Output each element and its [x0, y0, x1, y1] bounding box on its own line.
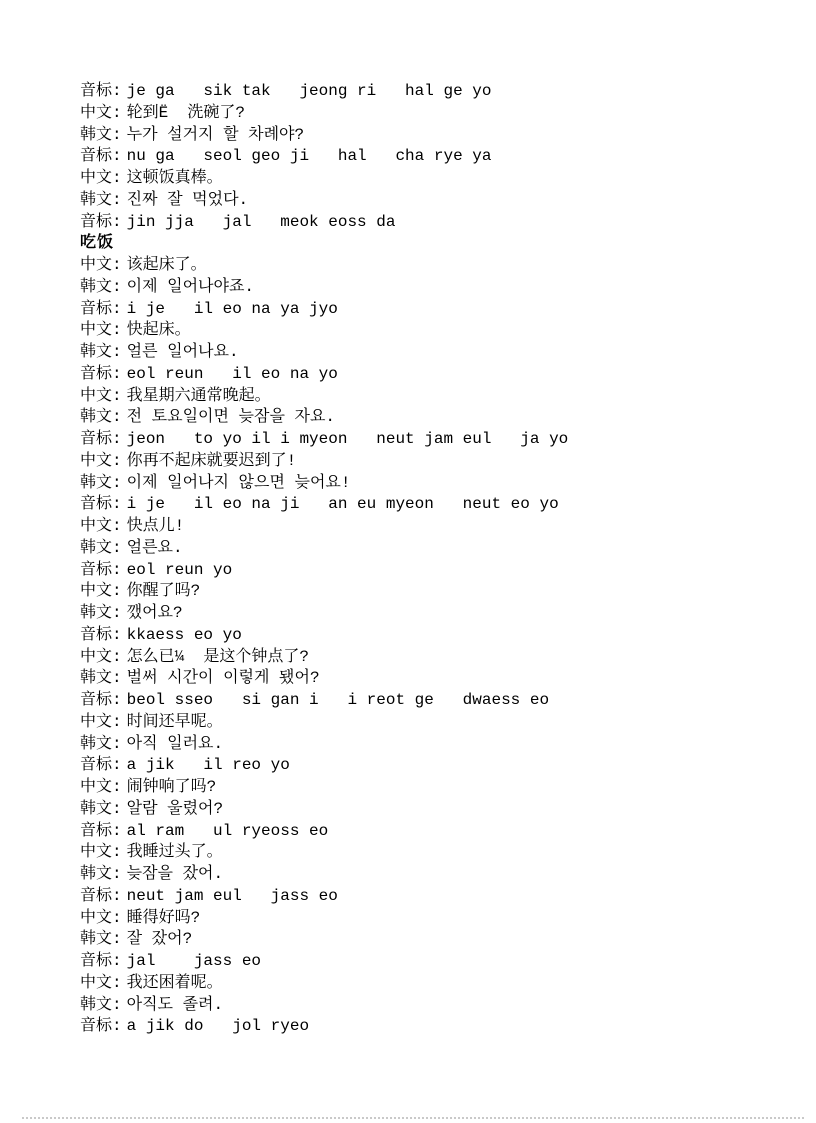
phrase-line: 中文:我还困着呢。 [80, 973, 780, 995]
phrase-line: 韩文:알람 울렸어? [80, 799, 780, 821]
phrase-line: 音标:eol reun yo [80, 560, 780, 582]
line-text: 전 토요일이면 늦잠을 자요. [127, 408, 335, 426]
phrase-line: 中文:你再不起床就要迟到了! [80, 451, 780, 473]
phrase-line: 韩文:전 토요일이면 늦잠을 자요. [80, 407, 780, 429]
line-text: kkaess eo yo [127, 626, 242, 644]
page-break-divider [22, 1117, 804, 1119]
phrase-line: 中文:快起床。 [80, 320, 780, 342]
line-text: 이제 일어나지 않으면 늦어요! [127, 474, 351, 492]
phrase-line: 音标:jeon to yo il i myeon neut jam eul ja… [80, 429, 780, 451]
line-text: 진짜 잘 먹었다. [127, 191, 249, 209]
phrase-line: 音标:a jik do jol ryeo [80, 1016, 780, 1038]
line-label: 中文: [80, 713, 122, 731]
phrase-line: 音标:i je il eo na ya jyo [80, 299, 780, 321]
line-text: 该起床了。 [127, 256, 207, 274]
line-label: 音标: [80, 561, 122, 579]
line-text: 얼른요. [127, 539, 183, 557]
section-heading: 吃饭 [80, 233, 780, 255]
line-text: 你再不起床就要迟到了! [127, 452, 297, 470]
line-text: je ga sik tak jeong ri hal ge yo [127, 82, 492, 100]
line-label: 音标: [80, 365, 122, 383]
line-text: 时间还早呢。 [127, 713, 223, 731]
phrase-line: 韩文:이제 일어나지 않으면 늦어요! [80, 473, 780, 495]
phrase-line: 音标:jin jja jal meok eoss da [80, 212, 780, 234]
line-label: 韩文: [80, 800, 122, 818]
phrase-line: 音标:nu ga seol geo ji hal cha rye ya [80, 146, 780, 168]
line-label: 音标: [80, 147, 122, 165]
line-text: 这顿饭真棒。 [127, 169, 223, 187]
line-label: 中文: [80, 517, 122, 535]
phrase-line: 韩文:아직도 졸려. [80, 995, 780, 1017]
line-text: i je il eo na ji an eu myeon neut eo yo [127, 495, 559, 513]
line-label: 中文: [80, 256, 122, 274]
line-label: 中文: [80, 778, 122, 796]
phrase-line: 韩文:얼른 일어나요. [80, 342, 780, 364]
line-text: 늦잠을 잤어. [127, 865, 223, 883]
line-label: 韩文: [80, 408, 122, 426]
phrase-line: 中文:睡得好吗? [80, 908, 780, 930]
phrase-line: 韩文:얼른요. [80, 538, 780, 560]
line-text: 快点儿! [127, 517, 185, 535]
line-text: 아직 일러요. [127, 735, 223, 753]
phrase-line: 音标:beol sseo si gan i i reot ge dwaess e… [80, 690, 780, 712]
line-label: 韩文: [80, 191, 122, 209]
line-text: i je il eo na ya jyo [127, 300, 338, 318]
line-label: 中文: [80, 843, 122, 861]
phrase-line: 韩文:벌써 시간이 이렇게 됐어? [80, 668, 780, 690]
line-text: a jik do jol ryeo [127, 1017, 309, 1035]
phrase-line: 中文:我睡过头了。 [80, 842, 780, 864]
phrase-line: 韩文:늦잠을 잤어. [80, 864, 780, 886]
line-text: jin jja jal meok eoss da [127, 213, 396, 231]
line-text: eol reun il eo na yo [127, 365, 338, 383]
line-text: 我还困着呢。 [127, 974, 223, 992]
phrase-line: 音标:neut jam eul jass eo [80, 886, 780, 908]
document-page: 音标:je ga sik tak jeong ri hal ge yo中文:轮到… [0, 0, 816, 1123]
line-label: 韩文: [80, 126, 122, 144]
line-text: 吃饭 [80, 234, 114, 252]
phrase-line: 中文:时间还早呢。 [80, 712, 780, 734]
phrase-line: 韩文:이제 일어나야죠. [80, 277, 780, 299]
line-label: 中文: [80, 648, 122, 666]
line-label: 韩文: [80, 604, 122, 622]
phrase-line: 韩文:누가 설거지 할 차례야? [80, 125, 780, 147]
line-label: 中文: [80, 452, 122, 470]
line-label: 韩文: [80, 539, 122, 557]
line-text: a jik il reo yo [127, 756, 290, 774]
line-text: 轮到Ë 洗碗了? [127, 104, 245, 122]
line-label: 韩文: [80, 865, 122, 883]
line-text: 闹钟响了吗? [127, 778, 217, 796]
line-label: 音标: [80, 626, 122, 644]
line-label: 音标: [80, 213, 122, 231]
phrase-line: 音标:a jik il reo yo [80, 755, 780, 777]
line-label: 韩文: [80, 343, 122, 361]
line-text: 快起床。 [127, 321, 191, 339]
phrase-line: 音标:je ga sik tak jeong ri hal ge yo [80, 81, 780, 103]
line-text: 睡得好吗? [127, 909, 201, 927]
phrase-line: 韩文:잘 잤어? [80, 929, 780, 951]
phrase-line: 韩文:아직 일러요. [80, 734, 780, 756]
line-label: 中文: [80, 321, 122, 339]
line-text: 我睡过头了。 [127, 843, 223, 861]
phrase-line: 中文:怎么已¼ 是这个钟点了? [80, 647, 780, 669]
line-text: 이제 일어나야죠. [127, 278, 254, 296]
line-text: beol sseo si gan i i reot ge dwaess eo [127, 691, 549, 709]
line-label: 韩文: [80, 278, 122, 296]
line-text: 얼른 일어나요. [127, 343, 239, 361]
line-text: 怎么已¼ 是这个钟点了? [127, 648, 309, 666]
line-label: 中文: [80, 909, 122, 927]
line-label: 韩文: [80, 669, 122, 687]
phrase-line: 中文:闹钟响了吗? [80, 777, 780, 799]
line-label: 中文: [80, 582, 122, 600]
phrase-lines: 音标:je ga sik tak jeong ri hal ge yo中文:轮到… [80, 81, 780, 1038]
line-text: 我星期六通常晚起。 [127, 387, 271, 405]
line-text: nu ga seol geo ji hal cha rye ya [127, 147, 492, 165]
line-label: 音标: [80, 822, 122, 840]
line-text: jal jass eo [127, 952, 261, 970]
phrase-line: 音标:i je il eo na ji an eu myeon neut eo … [80, 494, 780, 516]
line-text: 잘 잤어? [127, 930, 193, 948]
phrase-line: 音标:eol reun il eo na yo [80, 364, 780, 386]
line-text: 알람 울렸어? [127, 800, 223, 818]
line-label: 音标: [80, 887, 122, 905]
line-label: 中文: [80, 104, 122, 122]
line-label: 韩文: [80, 996, 122, 1014]
line-text: 아직도 졸려. [127, 996, 223, 1014]
line-text: neut jam eul jass eo [127, 887, 338, 905]
line-label: 中文: [80, 169, 122, 187]
phrase-line: 音标:al ram ul ryeoss eo [80, 821, 780, 843]
line-label: 中文: [80, 387, 122, 405]
line-label: 韩文: [80, 735, 122, 753]
line-label: 音标: [80, 1017, 122, 1035]
line-text: jeon to yo il i myeon neut jam eul ja yo [127, 430, 569, 448]
line-label: 音标: [80, 691, 122, 709]
phrase-line: 中文:快点儿! [80, 516, 780, 538]
phrase-line: 中文:我星期六通常晚起。 [80, 386, 780, 408]
line-label: 中文: [80, 974, 122, 992]
line-label: 音标: [80, 300, 122, 318]
line-label: 韩文: [80, 474, 122, 492]
line-label: 音标: [80, 82, 122, 100]
line-label: 音标: [80, 952, 122, 970]
line-label: 音标: [80, 756, 122, 774]
line-text: 你醒了吗? [127, 582, 201, 600]
line-text: 누가 설거지 할 차례야? [127, 126, 305, 144]
phrase-line: 中文:这顿饭真棒。 [80, 168, 780, 190]
line-text: eol reun yo [127, 561, 233, 579]
line-text: 벌써 시간이 이렇게 됐어? [127, 669, 320, 687]
phrase-line: 韩文:진짜 잘 먹었다. [80, 190, 780, 212]
phrase-line: 中文:你醒了吗? [80, 581, 780, 603]
phrase-line: 中文:该起床了。 [80, 255, 780, 277]
line-text: al ram ul ryeoss eo [127, 822, 329, 840]
phrase-line: 韩文:깼어요? [80, 603, 780, 625]
phrase-line: 音标:kkaess eo yo [80, 625, 780, 647]
line-label: 音标: [80, 495, 122, 513]
line-text: 깼어요? [127, 604, 183, 622]
phrase-line: 音标:jal jass eo [80, 951, 780, 973]
phrase-line: 中文:轮到Ë 洗碗了? [80, 103, 780, 125]
line-label: 韩文: [80, 930, 122, 948]
line-label: 音标: [80, 430, 122, 448]
